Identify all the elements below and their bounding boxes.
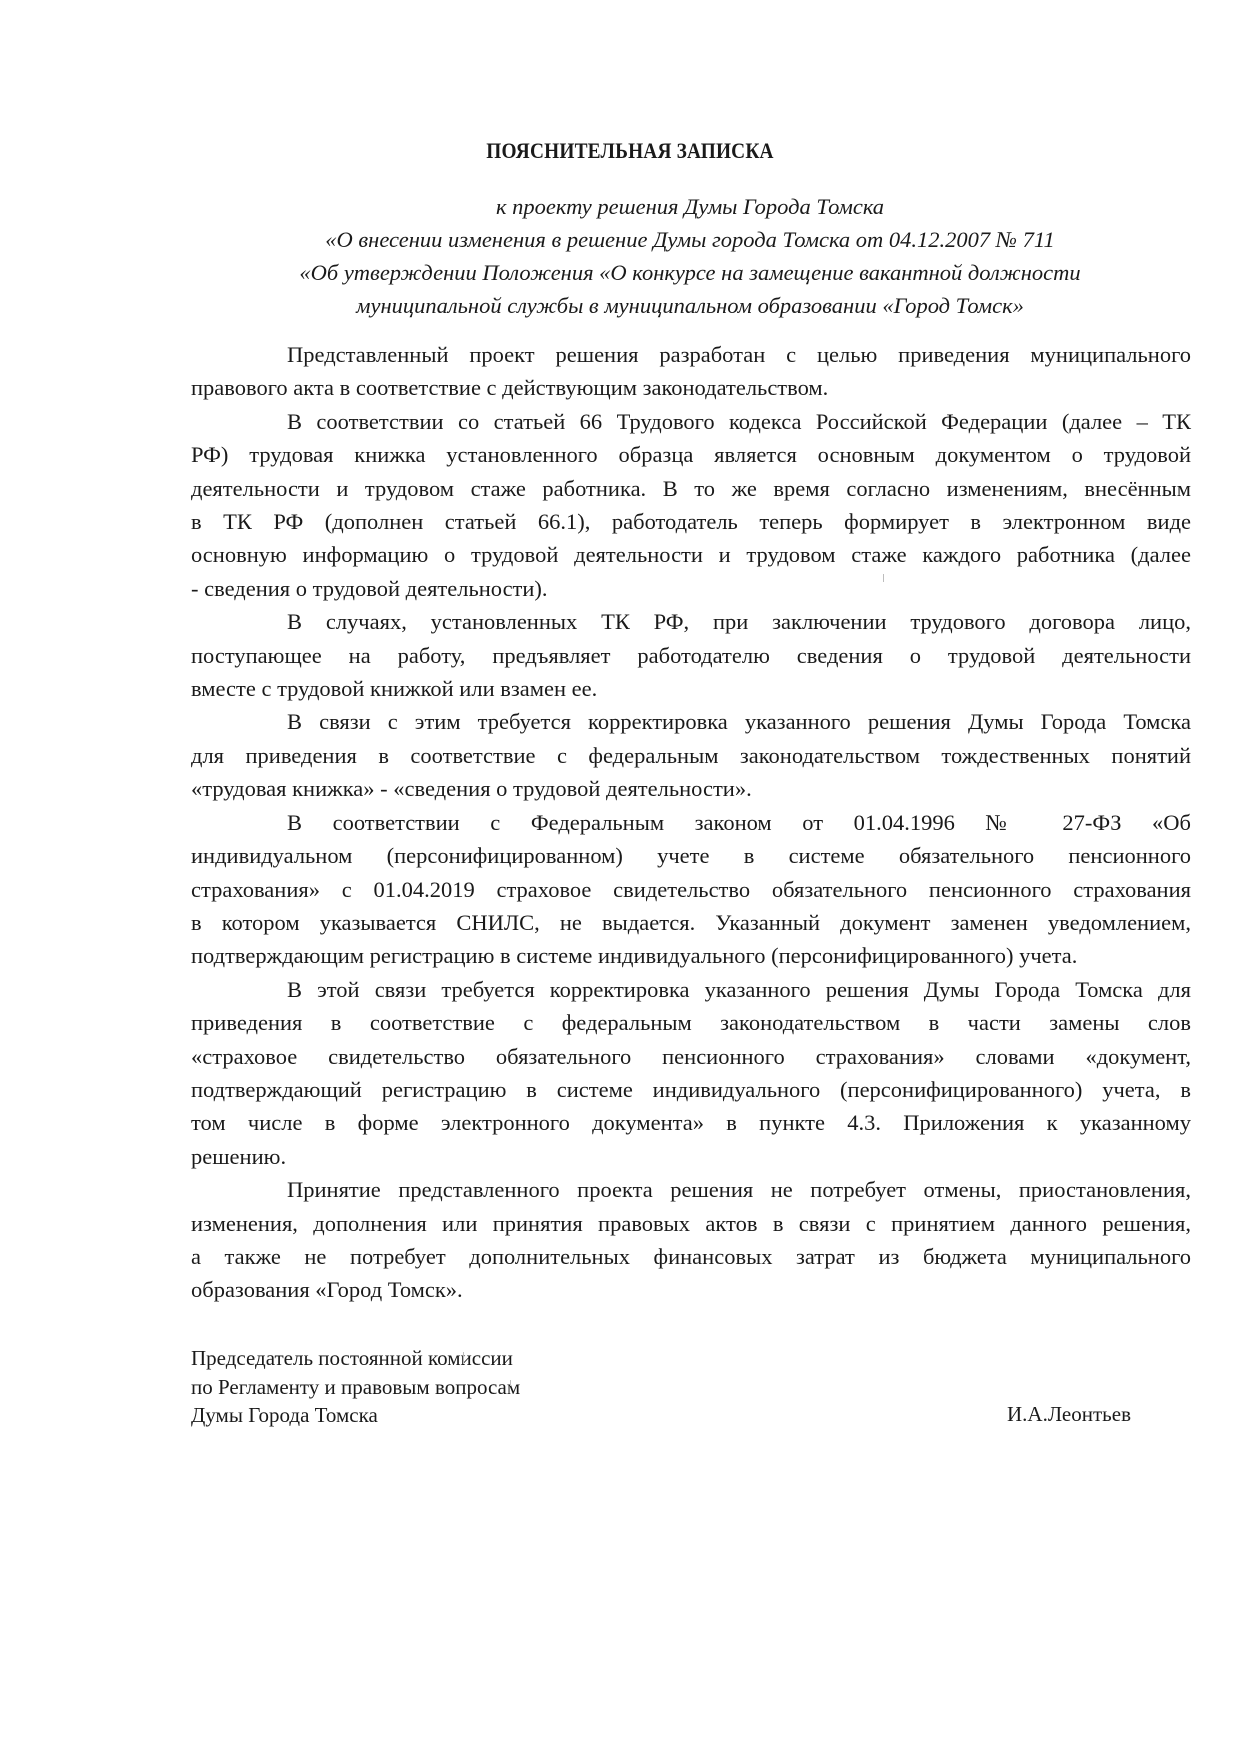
subtitle-line: «О внесении изменения в решение Думы гор… bbox=[190, 223, 1190, 256]
text-line: подтверждающим регистрацию в системе инд… bbox=[191, 939, 1191, 972]
subtitle-line: муниципальной службы в муниципальном обр… bbox=[190, 289, 1190, 322]
text-line: том числе в форме электронного документа… bbox=[191, 1106, 1191, 1139]
text-line: основную информацию о трудовой деятельно… bbox=[191, 538, 1191, 571]
text-line: решению. bbox=[191, 1140, 1191, 1173]
document-body: Представленный проект решения разработан… bbox=[191, 338, 1191, 1307]
text-line: В соответствии с Федеральным законом от … bbox=[191, 806, 1191, 839]
text-line: - сведения о трудовой деятельности). bbox=[191, 572, 1191, 605]
text-line: в ТК РФ (дополнен статьей 66.1), работод… bbox=[191, 505, 1191, 538]
document-title: ПОЯСНИТЕЛЬНАЯ ЗАПИСКА bbox=[14, 138, 1240, 164]
text-line: В связи с этим требуется корректировка у… bbox=[191, 705, 1191, 738]
text-line: подтверждающий регистрацию в системе инд… bbox=[191, 1073, 1191, 1106]
signer-position-line: по Регламенту и правовым вопросам bbox=[191, 1373, 1191, 1402]
paragraph-labor-code: В соответствии со статьей 66 Трудового к… bbox=[191, 405, 1191, 605]
paragraph-federal-law: В соответствии с Федеральным законом от … bbox=[191, 806, 1191, 973]
text-line: образования «Город Томск». bbox=[191, 1273, 1191, 1306]
text-line: приведения в соответствие с федеральным … bbox=[191, 1006, 1191, 1039]
text-line: поступающее на работу, предъявляет работ… bbox=[191, 639, 1191, 672]
text-line: В соответствии со статьей 66 Трудового к… bbox=[191, 405, 1191, 438]
paragraph-correction-words: В этой связи требуется корректировка ука… bbox=[191, 973, 1191, 1173]
text-line: а также не потребует дополнительных фина… bbox=[191, 1240, 1191, 1273]
scan-artifact bbox=[883, 574, 884, 582]
document-subtitle: к проекту решения Думы Города Томска «О … bbox=[190, 190, 1190, 322]
text-line: индивидуальном (персонифицированном) уче… bbox=[191, 839, 1191, 872]
scan-artifact bbox=[510, 1380, 511, 1386]
text-line: Представленный проект решения разработан… bbox=[191, 338, 1191, 371]
text-line: страхования» с 01.04.2019 страховое свид… bbox=[191, 873, 1191, 906]
signer-position-line: Председатель постоянной комиссии bbox=[191, 1344, 1191, 1373]
text-line: «трудовая книжка» - «сведения о трудовой… bbox=[191, 772, 1191, 805]
text-line: изменения, дополнения или принятия право… bbox=[191, 1207, 1191, 1240]
document-page: ПОЯСНИТЕЛЬНАЯ ЗАПИСКА к проекту решения … bbox=[0, 0, 1240, 1753]
signer-name: И.А.Леонтьев bbox=[1007, 1402, 1131, 1427]
text-line: «страховое свидетельство обязательного п… bbox=[191, 1040, 1191, 1073]
subtitle-line: «Об утверждении Положения «О конкурсе на… bbox=[190, 256, 1190, 289]
text-line: В этой связи требуется корректировка ука… bbox=[191, 973, 1191, 1006]
text-line: РФ) трудовая книжка установленного образ… bbox=[191, 438, 1191, 471]
text-line: деятельности и трудовом стаже работника.… bbox=[191, 472, 1191, 505]
paragraph-correction-terms: В связи с этим требуется корректировка у… bbox=[191, 705, 1191, 805]
paragraph-employment-contract: В случаях, установленных ТК РФ, при закл… bbox=[191, 605, 1191, 705]
paragraph-purpose: Представленный проект решения разработан… bbox=[191, 338, 1191, 405]
paragraph-no-costs: Принятие представленного проекта решения… bbox=[191, 1173, 1191, 1307]
text-line: в котором указывается СНИЛС, не выдается… bbox=[191, 906, 1191, 939]
scan-artifact bbox=[463, 1352, 464, 1364]
text-line: для приведения в соответствие с федераль… bbox=[191, 739, 1191, 772]
subtitle-line: к проекту решения Думы Города Томска bbox=[190, 190, 1190, 223]
text-line: вместе с трудовой книжкой или взамен ее. bbox=[191, 672, 1191, 705]
text-line: Принятие представленного проекта решения… bbox=[191, 1173, 1191, 1206]
text-line: В случаях, установленных ТК РФ, при закл… bbox=[191, 605, 1191, 638]
text-line: правового акта в соответствие с действую… bbox=[191, 371, 1191, 404]
